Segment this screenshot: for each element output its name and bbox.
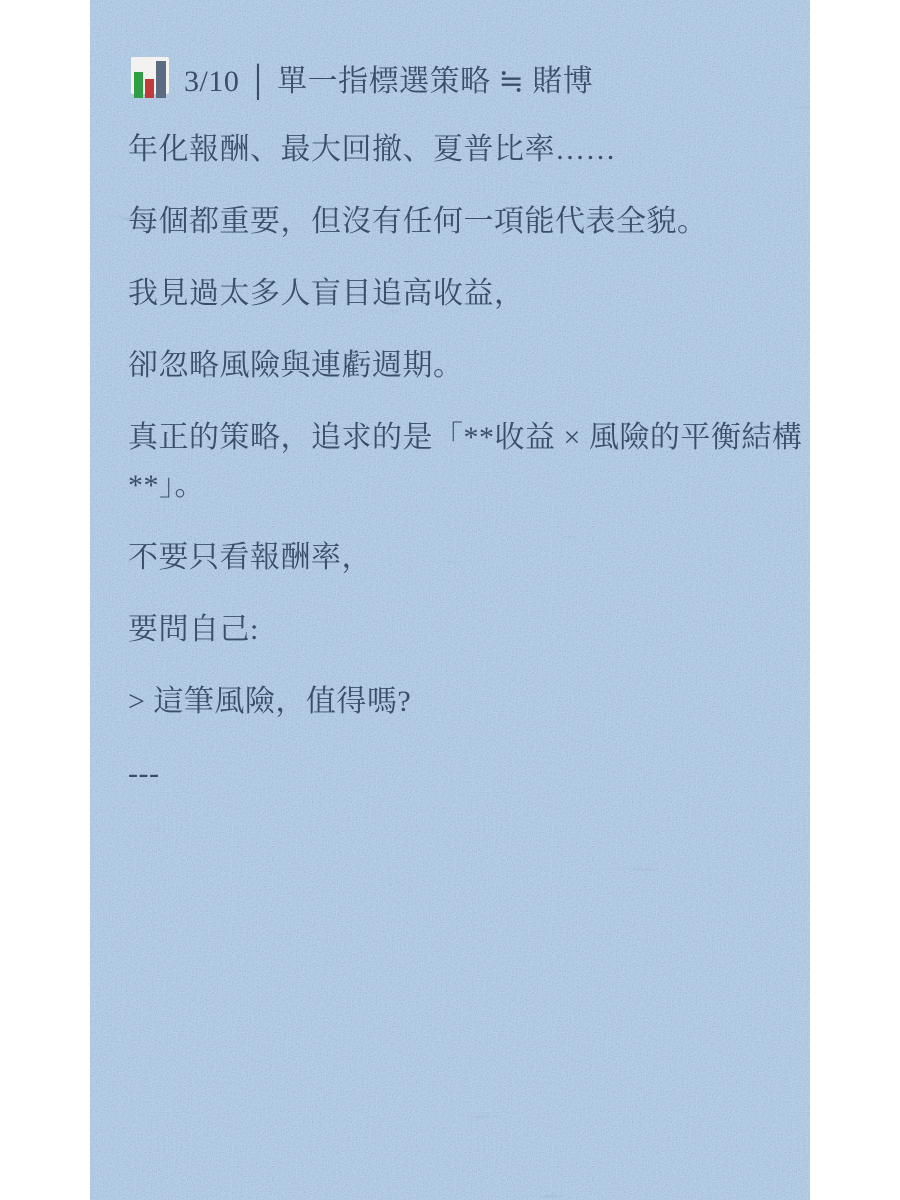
quote-line: > 這筆風險，值得嗎? xyxy=(128,678,782,726)
bar-chart-icon xyxy=(128,56,172,100)
page-title: 3/10 │ 單一指標選策略 ≒ 賭博 xyxy=(184,56,593,100)
title-row: 3/10 │ 單一指標選策略 ≒ 賭博 xyxy=(128,54,782,102)
paragraph-importance: 每個都重要，但沒有任何一項能代表全貌。 xyxy=(128,198,782,246)
page-background: 3/10 │ 單一指標選策略 ≒ 賭博 年化報酬、最大回撤、夏普比率…… 每個都… xyxy=(0,0,900,1200)
note-card: 3/10 │ 單一指標選策略 ≒ 賭博 年化報酬、最大回撤、夏普比率…… 每個都… xyxy=(90,0,810,1200)
paragraph-not-only-returns: 不要只看報酬率， xyxy=(128,534,782,582)
paragraph-chasing-returns: 我見過太多人盲目追高收益， xyxy=(128,270,782,318)
paragraph-metrics: 年化報酬、最大回撤、夏普比率…… xyxy=(128,126,782,174)
divider-dashes: --- xyxy=(128,750,782,798)
paragraph-ask-yourself: 要問自己: xyxy=(128,606,782,654)
card-content: 3/10 │ 單一指標選策略 ≒ 賭博 年化報酬、最大回撤、夏普比率…… 每個都… xyxy=(90,0,810,798)
paragraph-ignoring-risk: 卻忽略風險與連虧週期。 xyxy=(128,342,782,390)
paragraph-balance-structure: 真正的策略，追求的是「**收益 × 風險的平衡結構 **」。 xyxy=(128,414,782,510)
